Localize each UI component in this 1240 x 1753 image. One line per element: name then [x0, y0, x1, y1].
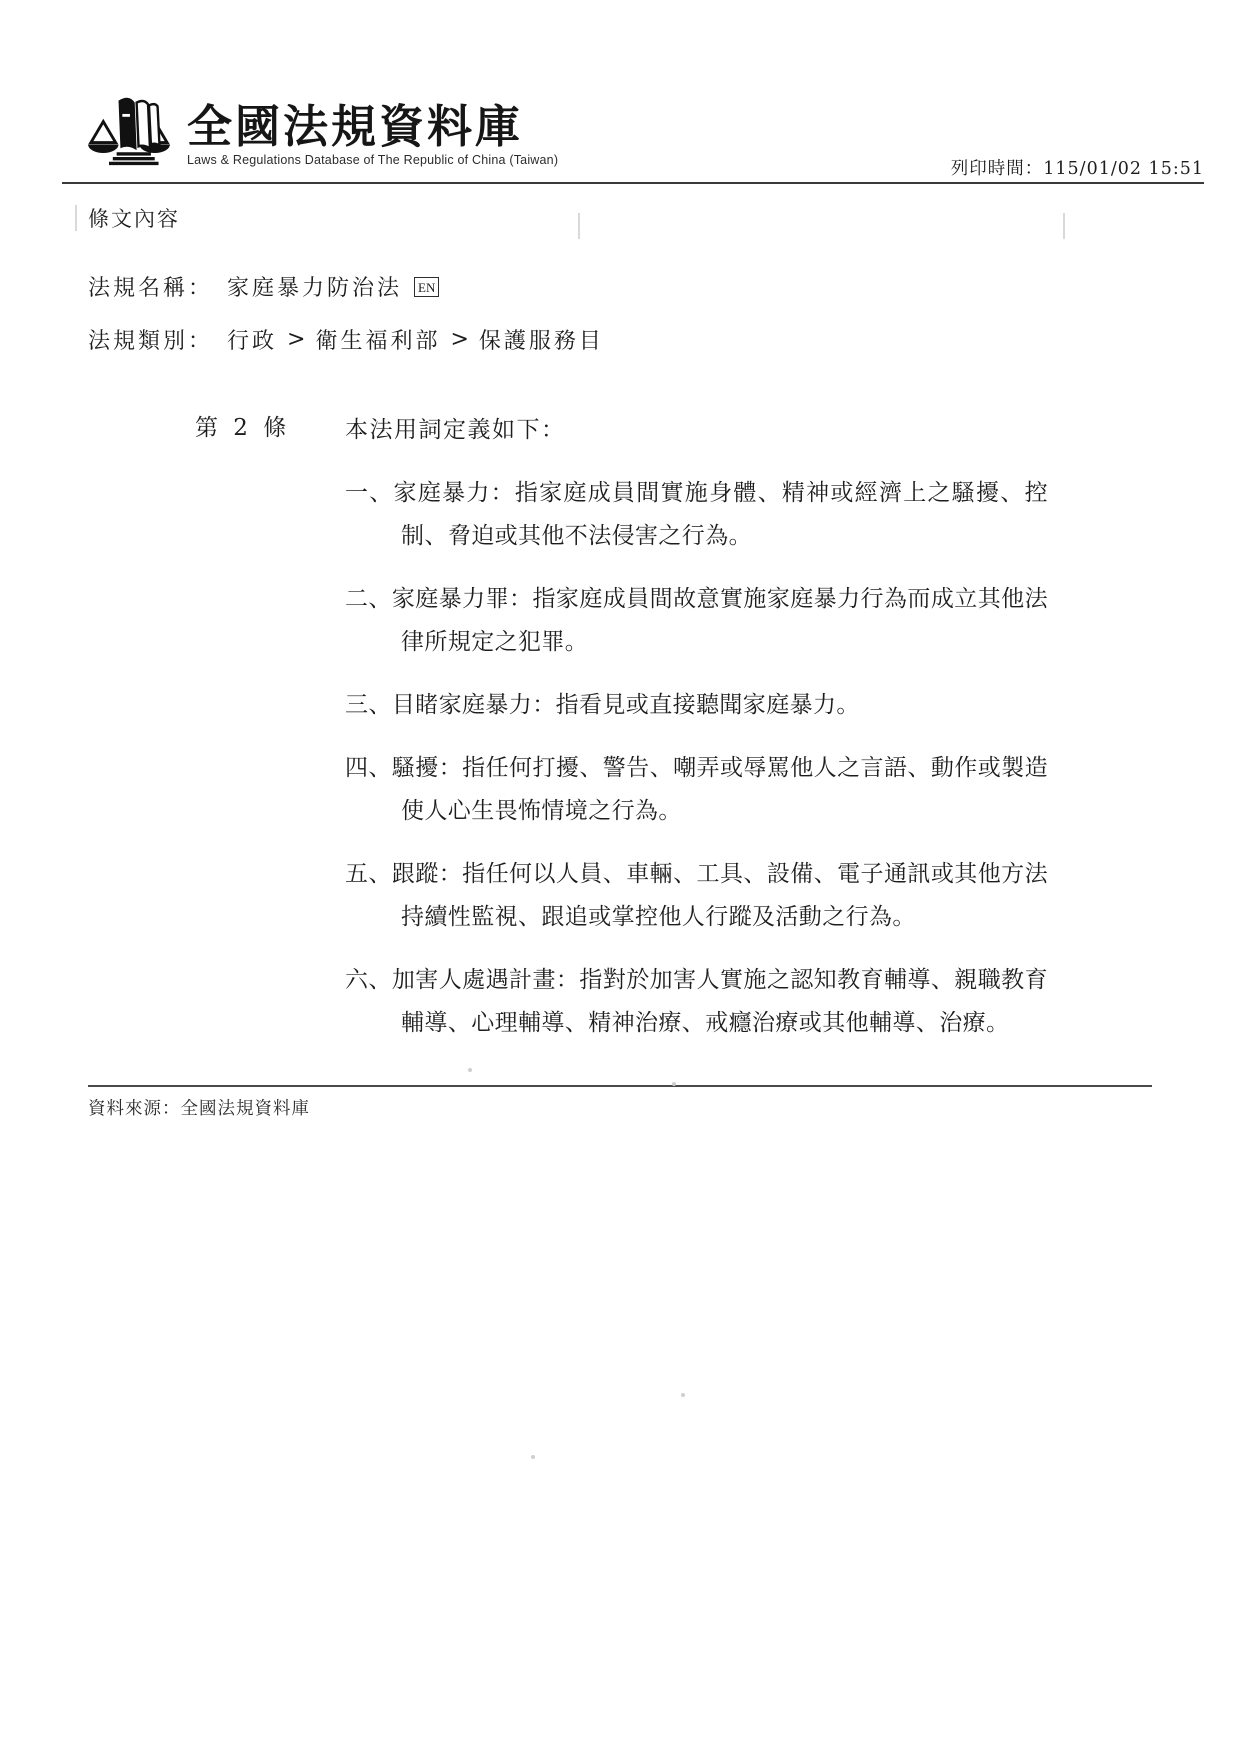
- article-intro: 本法用詞定義如下：: [345, 409, 1048, 452]
- article-block: 第 2 條 本法用詞定義如下： 一、家庭暴力：指家庭成員間實施身體、精神或經濟上…: [88, 409, 1130, 1045]
- brand: 全國法規資料庫 Laws & Regulations Database of T…: [62, 93, 558, 181]
- item-text: 家庭暴力罪：指家庭成員間故意實施家庭暴力行為而成立其他法律所規定之犯罪。: [392, 586, 1048, 655]
- article-body: 本法用詞定義如下： 一、家庭暴力：指家庭成員間實施身體、精神或經濟上之騷擾、控制…: [345, 409, 1048, 1045]
- article-number: 第 2 條: [195, 409, 345, 1045]
- item-number: 二、: [345, 586, 392, 612]
- law-name-row: 法規名稱： 家庭暴力防治法 EN: [88, 271, 1130, 302]
- scan-speck: [531, 1455, 535, 1459]
- law-name-value: 家庭暴力防治法: [227, 271, 402, 302]
- item-number: 六、: [345, 967, 392, 993]
- scan-speck: [468, 1068, 472, 1072]
- item-text: 加害人處遇計畫：指對於加害人實施之認知教育輔導、親職教育輔導、心理輔導、精神治療…: [392, 967, 1048, 1036]
- site-subtitle-en: Laws & Regulations Database of The Repub…: [187, 153, 558, 167]
- item-number: 五、: [345, 861, 392, 887]
- law-name-label: 法規名稱：: [88, 271, 213, 302]
- printed-law-document: 全國法規資料庫 Laws & Regulations Database of T…: [0, 0, 1240, 1753]
- definition-item-3: 三、目睹家庭暴力：指看見或直接聽聞家庭暴力。: [345, 684, 1048, 727]
- scan-artifact: [1063, 213, 1065, 239]
- scan-artifact: [578, 213, 580, 239]
- item-text: 家庭暴力：指家庭成員間實施身體、精神或經濟上之騷擾、控制、脅迫或其他不法侵害之行…: [394, 480, 1048, 549]
- item-text: 跟蹤：指任何以人員、車輛、工具、設備、電子通訊或其他方法持續性監視、跟追或掌控他…: [392, 861, 1048, 930]
- definition-item-6: 六、加害人處遇計畫：指對於加害人實施之認知教育輔導、親職教育輔導、心理輔導、精神…: [345, 959, 1048, 1045]
- header: 全國法規資料庫 Laws & Regulations Database of T…: [62, 93, 1204, 184]
- definition-item-1: 一、家庭暴力：指家庭成員間實施身體、精神或經濟上之騷擾、控制、脅迫或其他不法侵害…: [345, 472, 1048, 558]
- law-meta: 法規名稱： 家庭暴力防治法 EN 法規類別： 行政 > 衛生福利部 > 保護服務…: [88, 271, 1130, 355]
- law-category-label: 法規類別：: [88, 324, 213, 355]
- scales-and-books-logo-icon: [83, 93, 175, 177]
- breadcrumb-separator: >: [450, 327, 468, 352]
- law-category-row: 法規類別： 行政 > 衛生福利部 > 保護服務目: [88, 324, 1130, 355]
- section-title: 條文內容: [88, 203, 1130, 233]
- breadcrumb-separator: >: [287, 327, 305, 352]
- item-text: 騷擾：指任何打擾、警告、嘲弄或辱罵他人之言語、動作或製造使人心生畏怖情境之行為。: [392, 755, 1048, 824]
- scan-speck: [672, 1082, 676, 1086]
- breadcrumb-category-3: 保護服務目: [479, 324, 604, 355]
- data-source-line: 資料來源：全國法規資料庫: [88, 1095, 1152, 1120]
- item-number: 三、: [345, 692, 392, 718]
- breadcrumb-category-1: 行政: [227, 324, 277, 355]
- scan-artifact: [75, 205, 77, 231]
- item-number: 四、: [345, 755, 392, 781]
- breadcrumb-category-2: 衛生福利部: [315, 324, 440, 355]
- definition-item-5: 五、跟蹤：指任何以人員、車輛、工具、設備、電子通訊或其他方法持續性監視、跟追或掌…: [345, 853, 1048, 939]
- print-timestamp: 列印時間：115/01/02 15:51: [951, 155, 1204, 181]
- content: 條文內容 法規名稱： 家庭暴力防治法 EN 法規類別： 行政 > 衛生福利部 >…: [88, 203, 1130, 1045]
- definition-item-4: 四、騷擾：指任何打擾、警告、嘲弄或辱罵他人之言語、動作或製造使人心生畏怖情境之行…: [345, 747, 1048, 833]
- item-text: 目睹家庭暴力：指看見或直接聽聞家庭暴力。: [392, 692, 860, 718]
- brand-text: 全國法規資料庫 Laws & Regulations Database of T…: [187, 103, 558, 166]
- english-version-badge: EN: [414, 277, 439, 297]
- site-title: 全國法規資料庫: [187, 103, 558, 150]
- item-number: 一、: [345, 480, 394, 506]
- definition-item-2: 二、家庭暴力罪：指家庭成員間故意實施家庭暴力行為而成立其他法律所規定之犯罪。: [345, 578, 1048, 664]
- scan-speck: [681, 1393, 685, 1397]
- footer: 資料來源：全國法規資料庫: [88, 1085, 1152, 1120]
